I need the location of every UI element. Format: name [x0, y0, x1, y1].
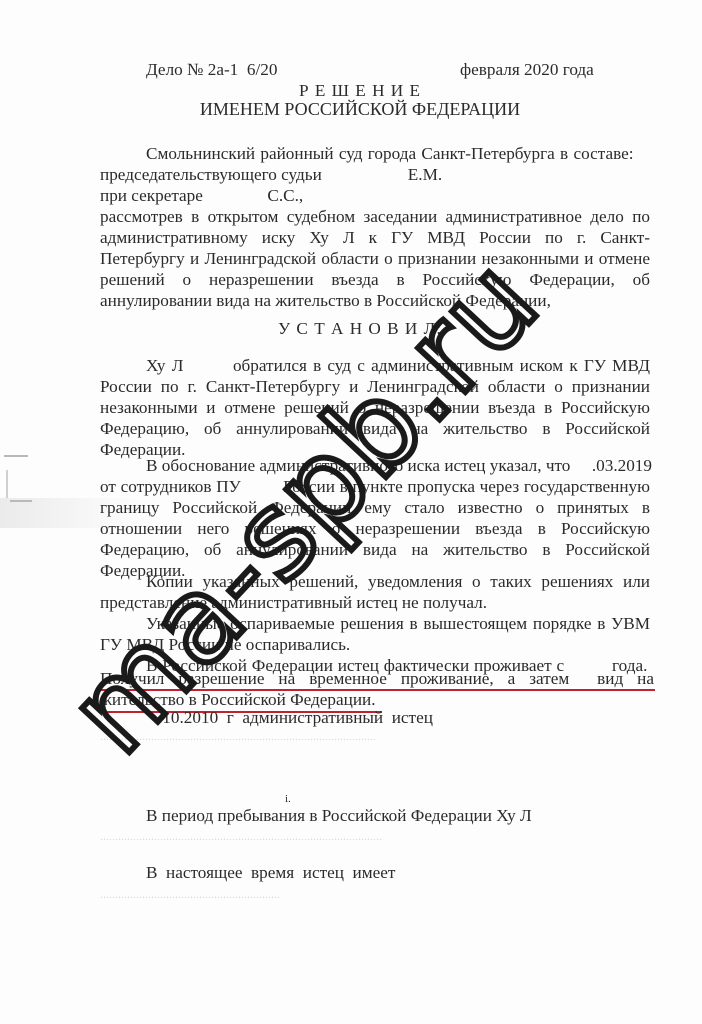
scan-artifact-mark: [10, 500, 32, 502]
intro-line: рассмотрев в открытом судебном заседании…: [100, 206, 650, 228]
body-line: Копии указанных решений, уведомления о т…: [146, 571, 650, 593]
body-line: Федерацию, об аннулировании вида на жите…: [100, 418, 650, 440]
body-line: Указанные оспариваемые решения в вышесто…: [146, 613, 650, 635]
body-line: Федерацию, об аннулировании вида на жите…: [100, 539, 650, 561]
body-line: незаконными и отмене решений о неразреше…: [100, 397, 650, 419]
case-number: Дело № 2а-1 6/20: [146, 59, 277, 81]
intro-line: аннулировании вида на жительство в Росси…: [100, 290, 551, 312]
period-line: В период пребывания в Российской Федерац…: [146, 805, 532, 827]
body-line: В обоснование административного иска ист…: [146, 455, 652, 477]
intro-line: решений о неразрешении въезда в Российск…: [100, 269, 650, 291]
document-subtitle: ИМЕНЕМ РОССИЙСКОЙ ФЕДЕРАЦИИ: [180, 99, 540, 121]
body-line: отношении него решениях о неразрешении в…: [100, 518, 650, 540]
redacted-text: ........................................…: [100, 884, 280, 906]
document-page: Дело № 2а-1 6/20 февраля 2020 года Р Е Ш…: [0, 0, 702, 1024]
scan-artifact-mark: [4, 455, 28, 457]
judge-line: председательствующего судьи Е.М.: [100, 164, 442, 186]
body-line: ГУ МВД России не оспаривались.: [100, 634, 350, 656]
secretary-line: при секретаре С.С.,: [100, 185, 303, 207]
intro-line: Петербургу и Ленинградской области о при…: [100, 248, 650, 270]
redacted-text: ........................................…: [100, 726, 376, 748]
redacted-text: ........................................…: [100, 826, 382, 848]
present-line: В настоящее время истец имеет: [146, 862, 395, 884]
body-line: границу Российской Федерации ему стало и…: [100, 497, 650, 519]
body-line: России по г. Санкт-Петербургу и Ленингра…: [100, 376, 650, 398]
section-heading: У С Т А Н О В И Л:: [220, 318, 500, 340]
body-line: Ху Л обратился в суд с административным …: [146, 355, 650, 377]
intro-line: административному иску Ху Л к ГУ МВД Рос…: [100, 227, 650, 249]
court-line: Смольнинский районный суд города Санкт-П…: [146, 143, 634, 165]
body-line: от сотрудников ПУ России в пункте пропус…: [100, 476, 650, 498]
scan-artifact-mark: [6, 470, 8, 498]
body-line: представление административный истец не …: [100, 592, 487, 614]
decision-date: февраля 2020 года: [460, 59, 594, 81]
body-line-underlined: Получил разрешение на временное проживан…: [100, 668, 654, 690]
